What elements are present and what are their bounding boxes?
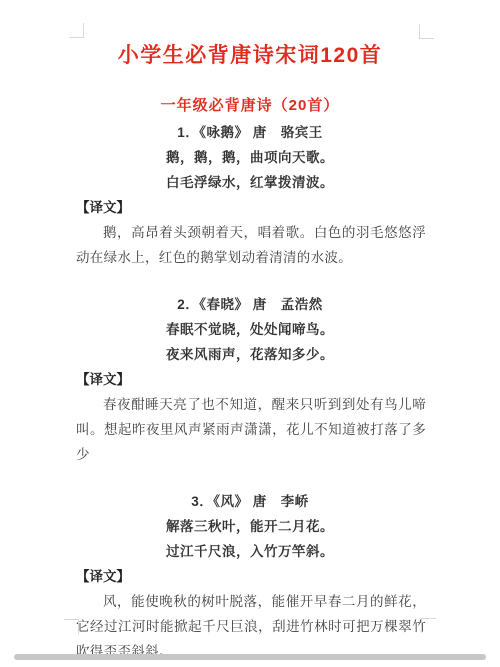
- crop-mark-top-left-icon: [69, 23, 84, 38]
- poem-line: 过江千尺浪，入竹万竿斜。: [0, 539, 500, 564]
- poem-block-chun-xiao: 2．《春晓》 唐 孟浩然 春眠不觉晓，处处闻啼鸟。 夜来风雨声，花落知多少。 【…: [0, 292, 500, 467]
- translation-text: 鹅，高昂着头颈朝着天，唱着歌。白色的羽毛悠悠浮动在绿水上，红色的鹅掌划动着清清的…: [0, 220, 500, 270]
- translation-text: 春夜酣睡天亮了也不知道，醒来只听到到处有鸟儿啼叫。想起昨夜里风声紧雨声潇潇，花儿…: [0, 392, 500, 467]
- poem-line: 白毛浮绿水，红掌拨清波。: [0, 170, 500, 195]
- translation-label: 【译文】: [0, 367, 500, 392]
- document-page: 小学生必背唐诗宋词120首 一年级必背唐诗（20首） 1．《咏鹅》 唐 骆宾王 …: [0, 0, 500, 667]
- poem-line: 鹅，鹅，鹅，曲项向天歌。: [0, 145, 500, 170]
- poem-line: 春眠不觉晓，处处闻啼鸟。: [0, 317, 500, 342]
- translation-label: 【译文】: [0, 195, 500, 220]
- poem-line: 夜来风雨声，花落知多少。: [0, 342, 500, 367]
- page-bottom-edge: [14, 654, 486, 660]
- crop-mark-bottom-left-icon: [64, 619, 79, 634]
- translation-label: 【译文】: [0, 564, 500, 589]
- poem-block-yong-e: 1．《咏鹅》 唐 骆宾王 鹅，鹅，鹅，曲项向天歌。 白毛浮绿水，红掌拨清波。 【…: [0, 120, 500, 270]
- poem-title: 3．《风》 唐 李峤: [0, 489, 500, 514]
- section-subtitle: 一年级必背唐诗（20首）: [0, 97, 500, 114]
- poem-title: 2．《春晓》 唐 孟浩然: [0, 292, 500, 317]
- crop-mark-top-right-icon: [419, 24, 434, 39]
- poem-block-feng: 3．《风》 唐 李峤 解落三秋叶，能开二月花。 过江千尺浪，入竹万竿斜。 【译文…: [0, 489, 500, 664]
- crop-mark-bottom-right-icon: [421, 618, 436, 633]
- poem-title: 1．《咏鹅》 唐 骆宾王: [0, 120, 500, 145]
- poem-line: 解落三秋叶，能开二月花。: [0, 514, 500, 539]
